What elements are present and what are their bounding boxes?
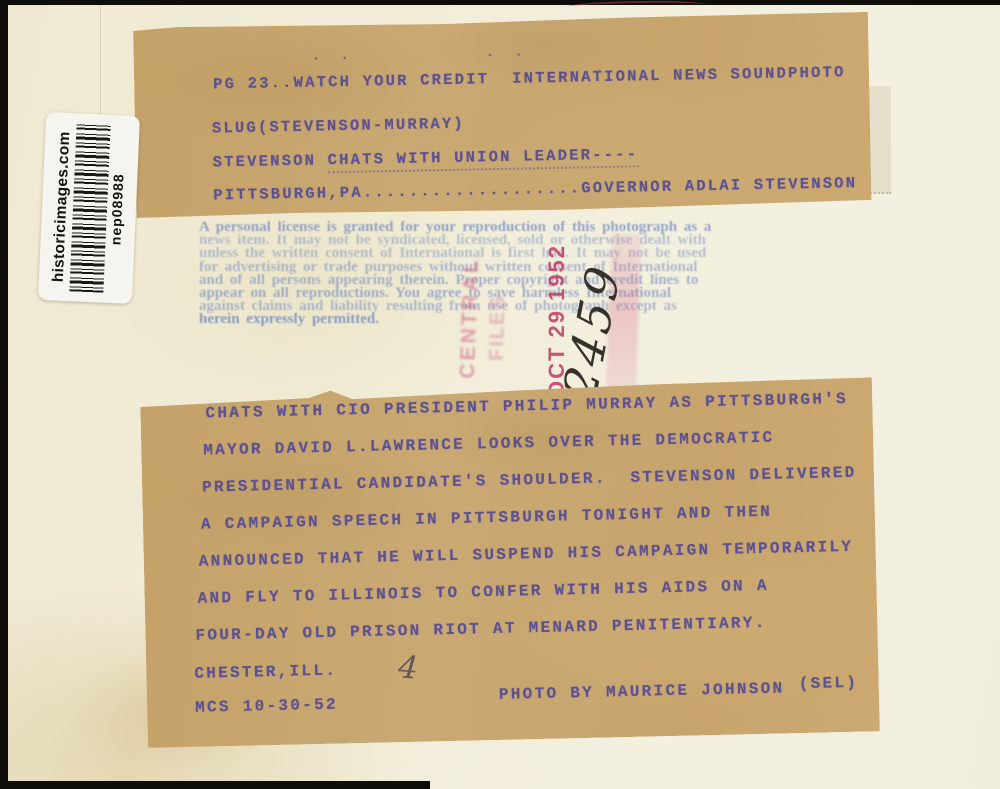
caption-body-line: ANNOUNCED THAT HE WILL SUSPEND HIS CAMPA… <box>199 538 854 571</box>
license-line: for advertising or trade purposes withou… <box>199 261 851 274</box>
credit-tag: (SEL) <box>799 674 859 693</box>
license-line: A personal license is granted for your r… <box>199 221 851 234</box>
caption-body-line: MAYOR DAVID L.LAWRENCE LOOKS OVER THE DE… <box>203 429 775 460</box>
press-photo-back-scan: A personal license is granted for your r… <box>0 0 1000 789</box>
caption-code-date: MCS 10-30-52 <box>195 696 338 717</box>
files-stamp-word2: FILES <box>485 245 511 409</box>
caption-body-line: FOUR-DAY OLD PRISON RIOT AT MENARD PENIT… <box>195 614 767 645</box>
caption-header-line: PG 23..WATCH YOUR CREDIT INTERNATIONAL N… <box>213 63 846 93</box>
bottom-caption-strip: CHATS WITH CIO PRESIDENT PHILIP MURRAY A… <box>140 377 880 748</box>
caption-title-underlined: CHATS WITH UNION LEADER---- <box>327 145 638 173</box>
caption-slug-line: SLUG(STEVENSON-MURRAY) <box>212 115 465 138</box>
license-line: appear on all reproductions. You agree t… <box>199 287 851 300</box>
caption-body-line: AND FLY TO ILLINOIS TO CONFER WITH HIS A… <box>197 577 769 608</box>
license-line: unless the written consent of Internatio… <box>199 247 851 260</box>
license-line: against claims and liability resulting f… <box>199 300 851 313</box>
caption-location-line: CHESTER,ILL. <box>194 662 337 683</box>
caption-body-line: A CAMPAIGN SPEECH IN PITTSBURGH TONIGHT … <box>201 503 773 534</box>
paper-crease <box>100 5 101 117</box>
archive-barcode-label: historicimages.com nep08988 <box>38 112 140 304</box>
caption-dateline: PITTSBURGH,PA...................GOVERNOR… <box>213 174 857 204</box>
photographer-credit: PHOTO BY MAURICE JOHNSON <box>499 679 785 703</box>
scan-edge-bottom <box>0 781 430 789</box>
caption-body-line: PRESIDENTIAL CANDIDATE'S SHOULDER. STEVE… <box>202 464 857 497</box>
pencil-check-mark: 4 <box>397 649 420 686</box>
top-caption-strip: . . . . PG 23..WATCH YOUR CREDIT INTERNA… <box>133 12 872 218</box>
typed-dots-right: . . <box>485 44 529 61</box>
scan-edge-top <box>0 0 1000 5</box>
scan-edge-left <box>0 0 8 789</box>
license-line: news item. It may not be syndicated, lic… <box>199 234 851 247</box>
typed-dots-left: . . <box>311 48 355 65</box>
caption-title-line: STEVENSON CHATS WITH UNION LEADER---- <box>212 145 638 171</box>
license-stamp-text: A personal license is granted for your r… <box>199 221 851 327</box>
caption-title-prefix: STEVENSON <box>212 151 327 171</box>
barcode-label-content: historicimages.com nep08988 <box>44 120 133 295</box>
barcode-icon <box>69 123 110 292</box>
license-line: herein expressly permitted. <box>199 313 851 326</box>
license-line: and of all persons appearing therein. Pr… <box>199 274 851 287</box>
barcode-id-text: nep08988 <box>107 173 126 245</box>
